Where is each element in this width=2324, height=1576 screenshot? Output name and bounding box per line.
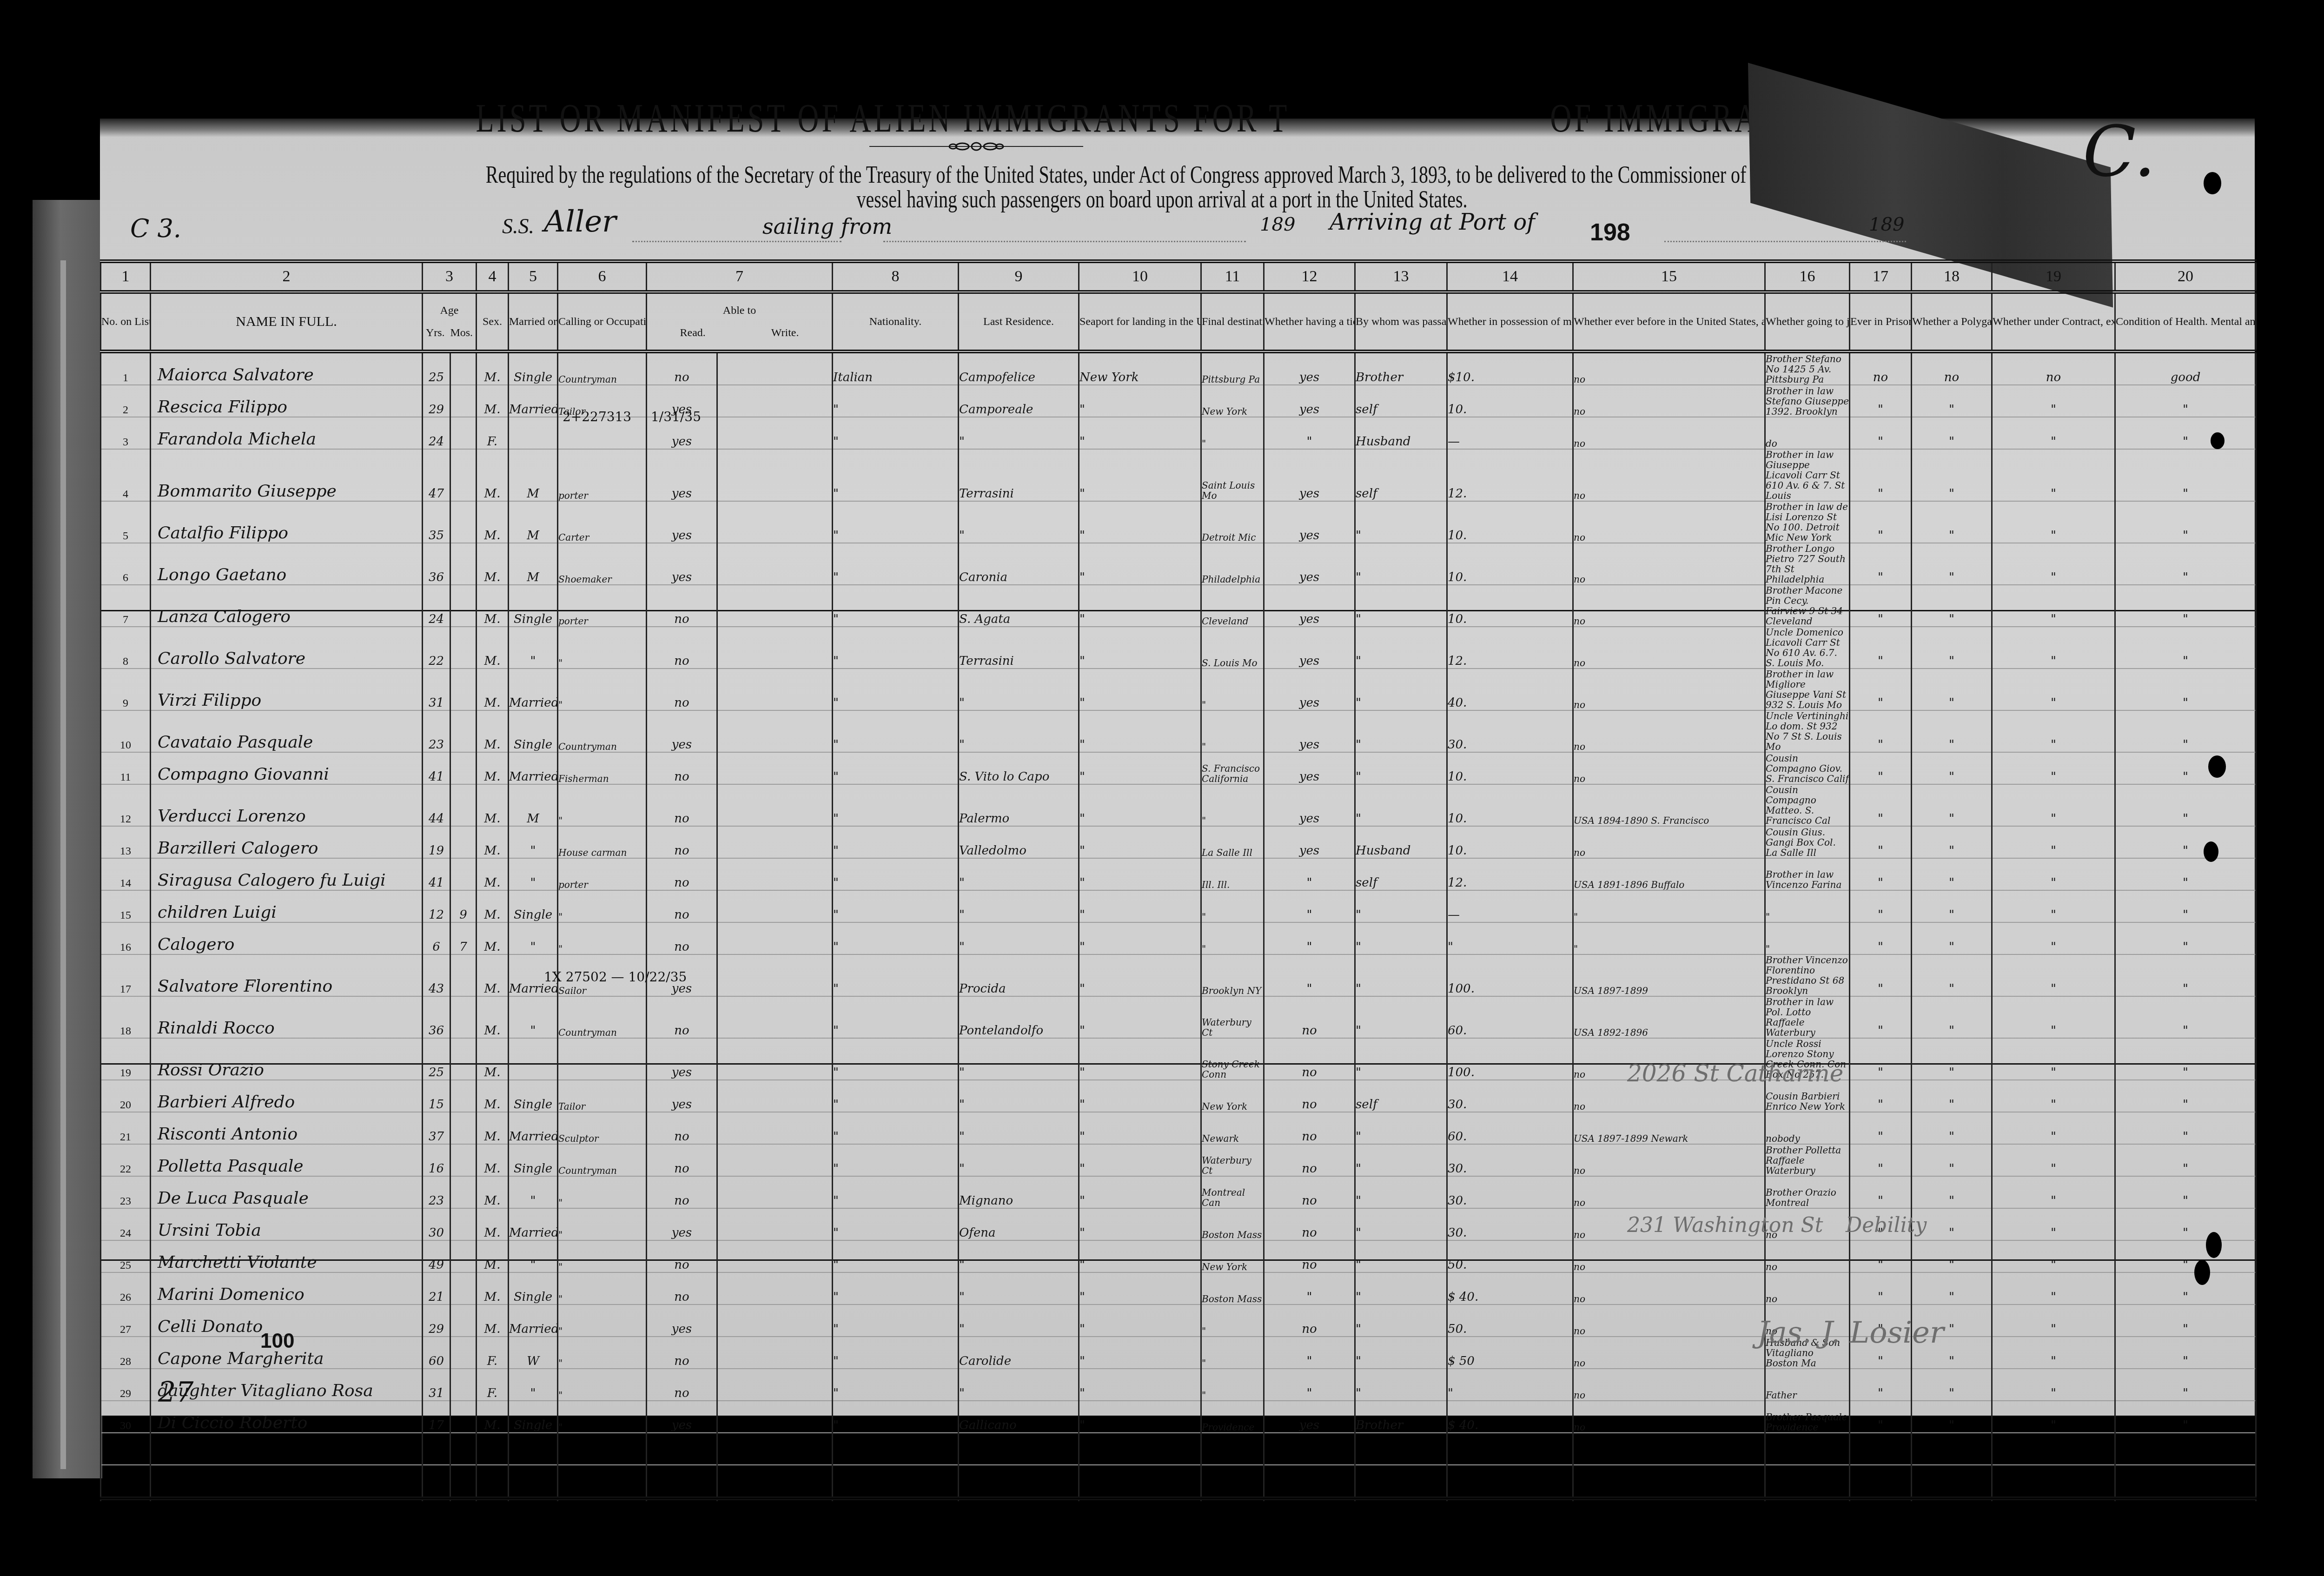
contract-labor: " — [1992, 585, 2115, 627]
able-write — [717, 954, 833, 996]
health-condition: " — [2115, 826, 2256, 858]
contract-labor: no — [1992, 351, 2115, 385]
sex: M. — [477, 710, 509, 752]
sex: M. — [477, 1038, 509, 1080]
has-ticket: no — [1264, 1176, 1355, 1208]
has-ticket: no — [1264, 1038, 1355, 1080]
ship-prefix: S.S. — [502, 214, 534, 246]
able-write — [717, 449, 833, 501]
last-residence: " — [959, 1144, 1079, 1176]
age-years: 60 — [423, 1337, 450, 1369]
able-write — [717, 627, 833, 669]
occupation: " — [558, 1401, 647, 1433]
manifest-table: 1 2 3 4 5 6 7 8 9 10 11 12 13 14 15 16 1… — [100, 259, 2256, 1501]
has-ticket: yes — [1264, 826, 1355, 858]
prison-or-charity: " — [1850, 1176, 1912, 1208]
able-write — [717, 1176, 833, 1208]
polygamist: " — [1912, 627, 1992, 669]
nationality: " — [833, 752, 959, 784]
blank-cell — [833, 1433, 959, 1465]
occupation: " — [558, 1337, 647, 1369]
nationality: " — [833, 1144, 959, 1176]
ever-before-in-us: no — [1573, 1401, 1765, 1433]
blank-cell — [1850, 1465, 1912, 1498]
ever-before-in-us: " — [1573, 890, 1765, 922]
age-years: 44 — [423, 784, 450, 826]
rule-cell — [833, 1498, 959, 1501]
prison-or-charity: " — [1850, 449, 1912, 501]
passenger-row: 6Longo Gaetano36M.MShoemakeryes"Caronia"… — [101, 543, 2256, 585]
health-condition: " — [2115, 1144, 2256, 1176]
occupation: " — [558, 1272, 647, 1305]
occupation: porter — [558, 449, 647, 501]
header-age-label: Age — [423, 304, 476, 317]
age-years: 31 — [423, 669, 450, 710]
prison-or-charity: " — [1850, 1272, 1912, 1305]
col-num: 17 — [1850, 261, 1912, 292]
nationality: " — [833, 1337, 959, 1369]
health-condition: " — [2115, 1080, 2256, 1112]
final-destination: " — [1201, 1369, 1264, 1401]
passenger-row: 14Siragusa Calogero fu Luigi41M."portern… — [101, 858, 2256, 890]
money: 100. — [1447, 1038, 1573, 1080]
seaport: " — [1079, 1240, 1201, 1272]
punch-hole — [2208, 755, 2226, 778]
certificate-date-row2: 1/31/35 — [651, 409, 701, 424]
able-write — [717, 1401, 833, 1433]
polygamist: " — [1912, 385, 1992, 417]
marital-status: M — [509, 501, 558, 543]
occupation: Sculptor — [558, 1112, 647, 1144]
health-condition: " — [2115, 585, 2256, 627]
occupation: " — [558, 1369, 647, 1401]
has-ticket: no — [1264, 1112, 1355, 1144]
sex: F. — [477, 1369, 509, 1401]
age-months — [450, 501, 477, 543]
row-number: 10 — [101, 710, 151, 752]
contract-labor: " — [1992, 1240, 2115, 1272]
money: 12. — [1447, 627, 1573, 669]
passenger-name: Longo Gaetano — [151, 543, 423, 585]
age-months: 7 — [450, 922, 477, 954]
sex: F. — [477, 417, 509, 449]
margin-mark: 27 — [158, 1376, 193, 1409]
able-read: no — [647, 351, 717, 385]
contract-labor: " — [1992, 1337, 2115, 1369]
sex: F. — [477, 1337, 509, 1369]
header-able-label: Able to — [647, 304, 832, 317]
age-months: 9 — [450, 890, 477, 922]
polygamist: " — [1912, 1176, 1992, 1208]
rule-cell — [1355, 1498, 1447, 1501]
punch-hole — [2194, 1260, 2210, 1285]
passenger-name: Rinaldi Rocco — [151, 996, 423, 1038]
money: 10. — [1447, 501, 1573, 543]
age-months — [450, 385, 477, 417]
passenger-name: Compagno Giovanni — [151, 752, 423, 784]
punch-hole — [2204, 841, 2218, 862]
marital-status: " — [509, 996, 558, 1038]
able-write — [717, 1208, 833, 1240]
last-residence: " — [959, 1112, 1079, 1144]
passenger-row: 21Risconti Antonio37M.MarriedSculptorno"… — [101, 1112, 2256, 1144]
col-num: 19 — [1992, 261, 2115, 292]
contract-labor: " — [1992, 501, 2115, 543]
last-residence: S. Agata — [959, 585, 1079, 627]
passage-paid-by: " — [1355, 669, 1447, 710]
ever-before-in-us: no — [1573, 1305, 1765, 1337]
table-bottom-rule — [101, 1498, 2256, 1501]
prison-or-charity: " — [1850, 1401, 1912, 1433]
has-ticket: " — [1264, 858, 1355, 890]
age-years: 36 — [423, 543, 450, 585]
passage-paid-by: " — [1355, 1176, 1447, 1208]
blank-cell — [1264, 1433, 1355, 1465]
ever-before-in-us: no — [1573, 1369, 1765, 1401]
col-num: 20 — [2115, 261, 2256, 292]
rule-cell — [647, 1498, 717, 1501]
final-destination: Stony Creek Conn — [1201, 1038, 1264, 1080]
header-seaport: Seaport for landing in the United States… — [1079, 292, 1201, 351]
able-write — [717, 1240, 833, 1272]
able-read: no — [647, 585, 717, 627]
passage-paid-by: " — [1355, 1038, 1447, 1080]
blank-cell — [509, 1433, 558, 1465]
final-destination: " — [1201, 890, 1264, 922]
has-ticket: yes — [1264, 752, 1355, 784]
pencil-note-row28: Debility — [1846, 1213, 1927, 1237]
seaport: " — [1079, 784, 1201, 826]
passenger-row: 12Verducci Lorenzo44M.M"no"Palermo""yes"… — [101, 784, 2256, 826]
able-read: no — [647, 1144, 717, 1176]
nationality: " — [833, 449, 959, 501]
prison-or-charity: " — [1850, 669, 1912, 710]
health-condition: " — [2115, 449, 2256, 501]
has-ticket: yes — [1264, 449, 1355, 501]
col-num: 1 — [101, 261, 151, 292]
sex: M. — [477, 669, 509, 710]
ever-before-in-us: " — [1573, 922, 1765, 954]
final-destination: S. Francisco California — [1201, 752, 1264, 784]
prison-or-charity: " — [1850, 858, 1912, 890]
polygamist: " — [1912, 543, 1992, 585]
has-ticket: no — [1264, 1080, 1355, 1112]
nationality: " — [833, 1272, 959, 1305]
health-condition: " — [2115, 627, 2256, 669]
able-write — [717, 1144, 833, 1176]
certificate-number-row2: 2+227313 — [563, 409, 631, 424]
stamp-number: 198 — [1590, 219, 1630, 251]
age-months — [450, 710, 477, 752]
able-read: no — [647, 1272, 717, 1305]
last-residence: " — [959, 1369, 1079, 1401]
col-num: 16 — [1765, 261, 1850, 292]
column-number-row: 1 2 3 4 5 6 7 8 9 10 11 12 13 14 15 16 1… — [101, 261, 2256, 292]
able-write — [717, 1272, 833, 1305]
row-number: 5 — [101, 501, 151, 543]
age-months — [450, 1112, 477, 1144]
row-number: 6 — [101, 543, 151, 585]
header-contract: Whether under Contract, express or impli… — [1992, 292, 2115, 351]
age-months — [450, 1144, 477, 1176]
seaport: " — [1079, 1144, 1201, 1176]
health-condition: " — [2115, 543, 2256, 585]
passenger-row: 1Maiorca Salvatore25M.SingleCountrymanno… — [101, 351, 2256, 385]
ever-before-in-us: no — [1573, 627, 1765, 669]
marital-status: Single — [509, 351, 558, 385]
row-number: 9 — [101, 669, 151, 710]
last-residence: Pontelandolfo — [959, 996, 1079, 1038]
ever-before-in-us: no — [1573, 585, 1765, 627]
joining-relative: Brother Polletta Raffaele Waterbury — [1765, 1144, 1850, 1176]
age-months — [450, 826, 477, 858]
nationality: " — [833, 385, 959, 417]
ever-before-in-us: no — [1573, 669, 1765, 710]
money: $10. — [1447, 351, 1573, 385]
has-ticket: yes — [1264, 784, 1355, 826]
marital-status: " — [509, 627, 558, 669]
header-able-to: Able to Read. Write. — [647, 292, 833, 351]
money: 10. — [1447, 385, 1573, 417]
has-ticket: " — [1264, 1272, 1355, 1305]
blank-cell — [558, 1465, 647, 1498]
seaport: " — [1079, 890, 1201, 922]
col-num: 6 — [558, 261, 647, 292]
passenger-row: 23De Luca Pasquale23M.""no"Mignano"Montr… — [101, 1176, 2256, 1208]
passenger-row: 26Marini Domenico21M.Single"no"""Boston … — [101, 1272, 2256, 1305]
marital-status: " — [509, 1176, 558, 1208]
age-months — [450, 1038, 477, 1080]
rule-cell — [1992, 1498, 2115, 1501]
col-num: 11 — [1201, 261, 1264, 292]
row-number: 24 — [101, 1208, 151, 1240]
passage-paid-by: " — [1355, 996, 1447, 1038]
last-residence: S. Vito lo Capo — [959, 752, 1079, 784]
seaport: " — [1079, 752, 1201, 784]
prison-or-charity: " — [1850, 585, 1912, 627]
ever-before-in-us: USA 1897-1899 Newark — [1573, 1112, 1765, 1144]
passage-paid-by: " — [1355, 710, 1447, 752]
joining-relative: Brother in law Pol. Lotto Raffaele Water… — [1765, 996, 1850, 1038]
title-ornament-icon — [869, 142, 1083, 151]
occupation: Fisherman — [558, 752, 647, 784]
passage-paid-by: " — [1355, 1208, 1447, 1240]
has-ticket: yes — [1264, 543, 1355, 585]
passenger-name: Lanza Calogero — [151, 585, 423, 627]
blank-cell — [1912, 1433, 1992, 1465]
able-read: no — [647, 784, 717, 826]
sheet-code: C 3. — [130, 214, 181, 246]
money: $ 40. — [1447, 1401, 1573, 1433]
age-years: 37 — [423, 1112, 450, 1144]
joining-relative: no — [1765, 1240, 1850, 1272]
contract-labor: " — [1992, 627, 2115, 669]
sex: M. — [477, 385, 509, 417]
marital-status — [509, 1038, 558, 1080]
sex: M. — [477, 1240, 509, 1272]
last-residence: " — [959, 890, 1079, 922]
occupation: Countryman — [558, 996, 647, 1038]
row-number: 27 — [101, 1305, 151, 1337]
final-destination: " — [1201, 669, 1264, 710]
seaport: New York — [1079, 351, 1201, 385]
able-write — [717, 1305, 833, 1337]
health-condition: " — [2115, 1208, 2256, 1240]
nationality: " — [833, 826, 959, 858]
occupation: " — [558, 1240, 647, 1272]
health-condition: " — [2115, 1240, 2256, 1272]
final-destination: Boston Mass — [1201, 1208, 1264, 1240]
nationality: Italian — [833, 351, 959, 385]
header-age-yrs: Yrs. — [426, 326, 445, 339]
marital-status: Married — [509, 385, 558, 417]
passage-paid-by: self — [1355, 1080, 1447, 1112]
prison-or-charity: " — [1850, 752, 1912, 784]
final-destination: Newark — [1201, 1112, 1264, 1144]
contract-labor: " — [1992, 710, 2115, 752]
sex: M. — [477, 351, 509, 385]
nationality: " — [833, 1369, 959, 1401]
row-number: 7 — [101, 585, 151, 627]
blank-cell — [1573, 1433, 1765, 1465]
occupation: Countryman — [558, 710, 647, 752]
joining-relative: Brother in law Vincenzo Farina — [1765, 858, 1850, 890]
able-read: yes — [647, 1305, 717, 1337]
passenger-row: 16Calogero67M.""no"""""""""""""" — [101, 922, 2256, 954]
passenger-name: Siragusa Calogero fu Luigi — [151, 858, 423, 890]
seaport: " — [1079, 1401, 1201, 1433]
row-number: 1 — [101, 351, 151, 385]
joining-relative: Uncle Domenico Licavoli Carr St No 610 A… — [1765, 627, 1850, 669]
passenger-name: Farandola Michela — [151, 417, 423, 449]
age-years: 24 — [423, 417, 450, 449]
health-condition: " — [2115, 996, 2256, 1038]
occupation: " — [558, 1305, 647, 1337]
health-condition: good — [2115, 351, 2256, 385]
age-years: 17 — [423, 1401, 450, 1433]
header-final-destination: Final destination in the United States. … — [1201, 292, 1264, 351]
able-read: no — [647, 1369, 717, 1401]
prison-or-charity: no — [1850, 351, 1912, 385]
passage-paid-by: " — [1355, 1272, 1447, 1305]
final-destination: " — [1201, 784, 1264, 826]
header-prison: Ever in Prison or Almshouse or supported… — [1850, 292, 1912, 351]
age-months — [450, 1240, 477, 1272]
row-number: 17 — [101, 954, 151, 996]
able-write — [717, 826, 833, 858]
ever-before-in-us: USA 1897-1899 — [1573, 954, 1765, 996]
header-read: Read. — [680, 326, 706, 339]
passenger-name: Catalfio Filippo — [151, 501, 423, 543]
passenger-name: Barzilleri Calogero — [151, 826, 423, 858]
header-polygamist: Whether a Polygamist. — [1912, 292, 1992, 351]
ever-before-in-us: no — [1573, 351, 1765, 385]
final-destination: S. Louis Mo — [1201, 627, 1264, 669]
joining-relative: Brother in law Migliore Giuseppe Vani St… — [1765, 669, 1850, 710]
last-residence: Camporeale — [959, 385, 1079, 417]
passenger-name: Marini Domenico — [151, 1272, 423, 1305]
polygamist: " — [1912, 585, 1992, 627]
header-age: Age Yrs. Mos. — [423, 292, 477, 351]
age-months — [450, 1080, 477, 1112]
marital-status — [509, 417, 558, 449]
able-write — [717, 417, 833, 449]
blank-cell — [423, 1433, 450, 1465]
ever-before-in-us: no — [1573, 543, 1765, 585]
polygamist: " — [1912, 449, 1992, 501]
passage-paid-by: " — [1355, 784, 1447, 826]
polygamist: " — [1912, 1272, 1992, 1305]
contract-labor: " — [1992, 784, 2115, 826]
health-condition: " — [2115, 417, 2256, 449]
blank-cell — [1264, 1465, 1355, 1498]
nationality: " — [833, 890, 959, 922]
passenger-row: 5Catalfio Filippo35M.MCarteryes"""Detroi… — [101, 501, 2256, 543]
row-number: 16 — [101, 922, 151, 954]
final-destination: Ill. Ill. — [1201, 858, 1264, 890]
health-condition: " — [2115, 1112, 2256, 1144]
last-residence: Campofelice — [959, 351, 1079, 385]
rule-cell — [717, 1498, 833, 1501]
blank-cell — [2115, 1433, 2256, 1465]
ever-before-in-us: no — [1573, 1272, 1765, 1305]
age-years: 41 — [423, 858, 450, 890]
able-read: no — [647, 1337, 717, 1369]
rule-cell — [1201, 1498, 1264, 1501]
health-condition: " — [2115, 1038, 2256, 1080]
blank-cell — [477, 1433, 509, 1465]
prison-or-charity: " — [1850, 954, 1912, 996]
marital-status: Married — [509, 1305, 558, 1337]
blank-cell — [647, 1433, 717, 1465]
passage-paid-by: Husband — [1355, 826, 1447, 858]
rule-cell — [423, 1498, 450, 1501]
passenger-name: Ursini Tobia — [151, 1208, 423, 1240]
blank-cell — [1992, 1465, 2115, 1498]
final-destination: Providence — [1201, 1401, 1264, 1433]
joining-relative: nobody — [1765, 1112, 1850, 1144]
contract-labor: " — [1992, 1401, 2115, 1433]
passenger-row: 4Bommarito Giuseppe47M.Mporteryes"Terras… — [101, 449, 2256, 501]
ever-before-in-us: no — [1573, 1144, 1765, 1176]
passenger-row: 19Rossi Orazio25M.yes"""Stony Creek Conn… — [101, 1038, 2256, 1080]
marital-status: Married — [509, 669, 558, 710]
age-months — [450, 669, 477, 710]
blank-cell — [1765, 1465, 1850, 1498]
able-read: yes — [647, 1080, 717, 1112]
joining-relative: Brother Pasquale Providence — [1765, 1401, 1850, 1433]
blank-cell — [1850, 1433, 1912, 1465]
marital-status: M — [509, 543, 558, 585]
able-read: yes — [647, 710, 717, 752]
passenger-name: Rescica Filippo — [151, 385, 423, 417]
passage-paid-by: " — [1355, 1240, 1447, 1272]
passenger-row: 2Rescica Filippo29M.MarriedTailoryes"Cam… — [101, 385, 2256, 417]
row-number: 13 — [101, 826, 151, 858]
rule-cell — [959, 1498, 1079, 1501]
last-residence: " — [959, 417, 1079, 449]
sex: M. — [477, 954, 509, 996]
occupation: Carter — [558, 501, 647, 543]
nationality: " — [833, 627, 959, 669]
joining-relative: Cousin Compagno Giov. S. Francisco Calif — [1765, 752, 1850, 784]
seaport: " — [1079, 501, 1201, 543]
last-residence: " — [959, 858, 1079, 890]
prison-or-charity: " — [1850, 1080, 1912, 1112]
rule-cell — [1850, 1498, 1912, 1501]
ever-before-in-us: no — [1573, 710, 1765, 752]
passenger-row: 18Rinaldi Rocco36M."Countrymanno"Pontela… — [101, 996, 2256, 1038]
